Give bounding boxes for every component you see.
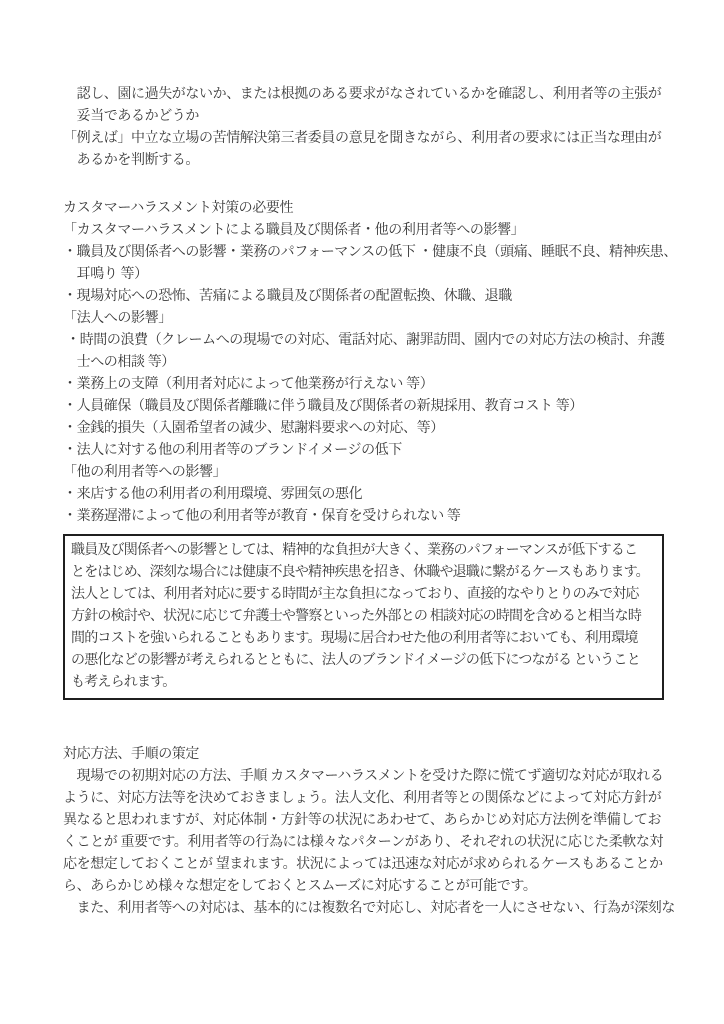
procedure-section: 対応方法、手順の策定 現場での初期対応の方法、手順 カスタマーハラスメントを受け…	[63, 744, 664, 920]
text-line: 異なると思われますが、対応体制・方針等の状況にあわせて、あらかじめ対応方法例を準…	[63, 810, 664, 832]
text-line: 応を想定しておくことが 望まれます。状況によっては迅速な対応が求められるケースも…	[63, 854, 664, 876]
text-line: くことが 重要です。利用者等の行為には様々なパターンがあり、それぞれの状況に応じ…	[63, 832, 664, 854]
text-line: 「他の利用者等への影響」	[63, 462, 664, 484]
bullet-line: ・職員及び関係者への影響・業務のパフォーマンスの低下 ・健康不良（頭痛、睡眠不良…	[63, 242, 664, 264]
text-line: あるかを判断する。	[63, 150, 664, 172]
bullet-line: ・業務遅滞によって他の利用者等が教育・保育を受けられない 等	[63, 506, 664, 528]
bullet-line: ・人員確保（職員及び関係者離職に伴う職員及び関係者の新規採用、教育コスト 等）	[63, 396, 664, 418]
document-page: 認し、園に過失がないか、または根拠のある要求がなされているかを確認し、利用者等の…	[0, 0, 724, 1024]
box-text-line: 方針の検討や、状況に応じて弁護士や警察といった外部との 相談対応の時間を含めると…	[71, 606, 656, 628]
bullet-line: ・法人に対する他の利用者等のブランドイメージの低下	[63, 440, 664, 462]
text-line: また、利用者等への対応は、基本的には複数名で対応し、対応者を一人にさせない、行為…	[63, 898, 664, 920]
text-line: ら、あらかじめ様々な想定をしておくとスムーズに対応することが可能です。	[63, 876, 664, 898]
bullet-line: 士への相談 等）	[63, 352, 664, 374]
bullet-line: ・業務上の支障（利用者対応によって他業務が行えない 等）	[63, 374, 664, 396]
bullet-line: 耳鳴り 等）	[63, 264, 664, 286]
impact-summary-box: 職員及び関係者への影響としては、精神的な負担が大きく、業務のパフォーマンスが低下…	[63, 534, 664, 700]
text-line: 「法人への影響」	[63, 308, 664, 330]
text-line: 「例えば」中立な立場の苦情解決第三者委員の意見を聞きながら、利用者の要求には正当…	[63, 128, 664, 150]
necessity-heading: カスタマーハラスメント対策の必要性	[63, 198, 664, 220]
necessity-section: カスタマーハラスメント対策の必要性 「カスタマーハラスメントによる職員及び関係者…	[63, 198, 664, 528]
bullet-line: ・金銭的損失（入園希望者の減少、慰謝料要求への対応、等）	[63, 418, 664, 440]
bullet-line: ・時間の浪費（クレームへの現場での対応、電話対応、謝罪訪問、園内での対応方法の検…	[63, 330, 664, 352]
text-line: 妥当であるかどうか	[63, 106, 664, 128]
box-text-line: も考えられます。	[71, 672, 656, 694]
text-line: 現場での初期対応の方法、手順 カスタマーハラスメントを受けた際に慌てず適切な対応…	[63, 766, 664, 788]
box-text-line: 法人としては、利用者対応に要する時間が主な負担になっており、直接的なやりとりのみ…	[71, 584, 656, 606]
bullet-line: ・来店する他の利用者の利用環境、雰囲気の悪化	[63, 484, 664, 506]
box-text-line: の悪化などの影響が考えられるとともに、法人のブランドイメージの低下につながる と…	[71, 650, 656, 672]
intro-section: 認し、園に過失がないか、または根拠のある要求がなされているかを確認し、利用者等の…	[63, 84, 664, 172]
box-text-line: とをはじめ、深刻な場合には健康不良や精神疾患を招き、休職や退職に繋がるケースもあ…	[71, 562, 656, 584]
text-line: 「カスタマーハラスメントによる職員及び関係者・他の利用者等への影響」	[63, 220, 664, 242]
procedure-heading: 対応方法、手順の策定	[63, 744, 664, 766]
text-line: 認し、園に過失がないか、または根拠のある要求がなされているかを確認し、利用者等の…	[63, 84, 664, 106]
bullet-line: ・現場対応への恐怖、苦痛による職員及び関係者の配置転換、休職、退職	[63, 286, 664, 308]
box-text-line: 間的コストを強いられることもあります。現場に居合わせた他の利用者等においても、利…	[71, 628, 656, 650]
text-line: ように、対応方法等を決めておきましょう。法人文化、利用者等との関係などによって対…	[63, 788, 664, 810]
box-text-line: 職員及び関係者への影響としては、精神的な負担が大きく、業務のパフォーマンスが低下…	[71, 540, 656, 562]
